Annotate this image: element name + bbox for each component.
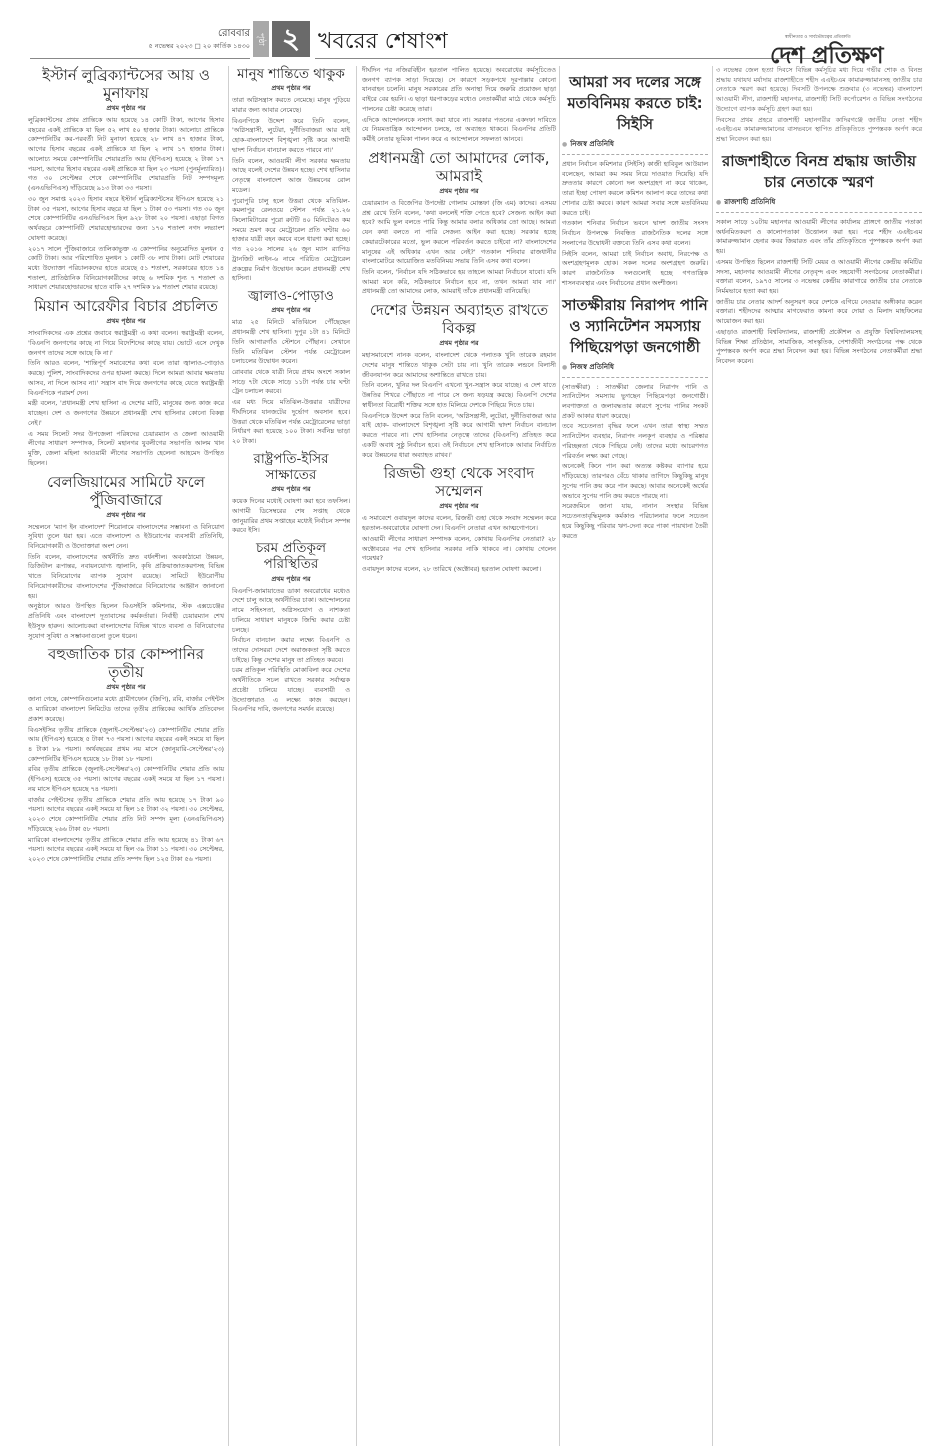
paragraph: মন্ত্রী বলেন, 'প্রধানমন্ত্রী শেখ হাসিনা … <box>28 399 224 428</box>
paragraph: চেয়ারম্যান ও বিজেপির উপদেষ্টা গোলাম মোস… <box>362 199 556 267</box>
story-pm-our-person[interactable]: দীর্ঘদিন পর নজিরবিহীন হরতাল পালিত হয়েছে… <box>362 66 556 297</box>
byline: রাজশাহী প্রতিনিধি <box>716 196 922 208</box>
continued-label: প্রথম পৃষ্ঠার পর <box>362 501 556 512</box>
article-body: মহাসমাবেশে নানক বলেন, বাংলাদেশ থেকে পলাত… <box>362 351 556 460</box>
paragraph: সকাল সাড়ে ১০টায় মহানগর আওয়ামী লীগের ক… <box>716 218 922 257</box>
paragraph: তিনি বলেন, খুনির দল বিএনপি এখনো খুন-সন্ত… <box>362 381 556 410</box>
paragraph: সরেজমিনে জানা যায়, নানান সংস্থার বিভিন্… <box>562 502 708 541</box>
article-body: বিএনপি-জামায়াতের ডাকা অবরোধের মধ্যেও দে… <box>232 587 350 716</box>
paragraph: ৩ নভেম্বর জেল হত্যা দিবসে বিভিন্ন কর্মসূ… <box>716 66 922 115</box>
article-body: ৩ নভেম্বর জেল হত্যা দিবসে বিভিন্ন কর্মসূ… <box>716 66 922 145</box>
article-body: কয়েক দিনের মধ্যেই ঘোষণা করা হবে তফসিল। … <box>232 497 350 536</box>
continued-label: প্রথম পৃষ্ঠার পর <box>232 83 350 94</box>
column-3: দীর্ঘদিন পর নজিরবিহীন হরতাল পালিত হয়েছে… <box>362 66 556 579</box>
headline[interactable]: বেলজিয়ামের সামিটে ফলে পুঁজিবাজারে <box>28 473 224 509</box>
paragraph: অনেকেই কিনে পান করা অত্যন্ত কষ্টকর ব্যাপ… <box>562 462 708 501</box>
paragraph: এ সময় সিলেট সদর উপজেলা পরিষদের চেয়ারম্… <box>28 430 224 469</box>
paragraph: বিএনপিকে উদ্দেশ করে তিনি বলেন, 'অগ্নিসন্… <box>232 117 350 156</box>
story-rizvi-press[interactable]: রিজভী গুহা থেকে সংবাদ সম্মেলন প্রথম পৃষ্… <box>362 464 556 574</box>
article-body: মাত্র ২৫ মিনিটে মতিঝিলে পৌঁছেছেন প্রধানম… <box>232 318 350 447</box>
paragraph: তবে সচেতনতা বৃদ্ধির ফলে এখন তারা স্বাস্থ… <box>562 422 708 461</box>
paragraph: দিবসের প্রথম প্রহরে রাজশাহী মহানগরীর কাদ… <box>716 116 922 145</box>
paragraph: তিনি বলেন, 'নির্বাচন যদি সঠিকভাবে হয় তা… <box>362 268 556 297</box>
article-body: জানা গেছে, কোম্পানিগুলোর মধ্যে গ্রামীণফো… <box>28 695 224 864</box>
paragraph: বিএনপিকে উদ্দেশ করে তিনি বলেন, 'অগ্নিসন্… <box>362 412 556 461</box>
story-rajshahi-four-leaders[interactable]: ৩ নভেম্বর জেল হত্যা দিবসে বিভিন্ন কর্মসূ… <box>716 66 922 367</box>
byline: নিজস্ব প্রতিনিধি <box>562 138 708 150</box>
paragraph: লুব্রিক্যান্টসের প্রথম প্রান্তিকে আয় হয… <box>28 116 224 194</box>
continued-label: প্রথম পৃষ্ঠার পর <box>362 186 556 197</box>
column-2: মানুষ শান্তিতে থাকুক প্রথম পৃষ্ঠার পর তা… <box>232 66 350 719</box>
paragraph: সিইসি বলেন, আমরা চাই নির্বাচন অবাধ, নিরপ… <box>562 250 708 289</box>
headline[interactable]: রাষ্ট্রপতি-ইসির সাক্ষাতের <box>232 451 350 483</box>
issue-date: ৫ নভেম্বর ২০২৩ □ ২০ কার্তিক ১৪৩০ <box>20 41 250 52</box>
story-cec-exchange[interactable]: আমরা সব দলের সঙ্গে মতবিনিময় করতে চাই: স… <box>562 72 708 289</box>
story-mian-arefi[interactable]: মিয়ান আরেফীর বিচার প্রচলিত প্রথম পৃষ্ঠা… <box>28 297 224 468</box>
paragraph: নির্বাচন বানচাল করার লক্ষ্যে বিএনপি ও তা… <box>232 636 350 665</box>
byline-divider <box>562 154 708 155</box>
headline[interactable]: চরম প্রতিকূল পরিস্থিতির <box>232 540 350 572</box>
continued-label: প্রথম পৃষ্ঠার পর <box>232 484 350 495</box>
byline-divider <box>716 212 922 213</box>
column-divider <box>228 66 229 1446</box>
header-divider-right <box>315 58 823 59</box>
paragraph: ৩০ জুন সমাপ্ত ২০২৩ হিসাব বছরে ইস্টার্ন ল… <box>28 195 224 244</box>
article-body: চেয়ারম্যান ও বিজেপির উপদেষ্টা গোলাম মোস… <box>362 199 556 297</box>
headline[interactable]: মানুষ শান্তিতে থাকুক <box>232 66 350 82</box>
byline: নিজস্ব প্রতিনিধি <box>562 361 708 373</box>
paragraph: ওবায়দুল কাদের বলেন, ২৮ তারিখে (অক্টোবর)… <box>362 565 556 575</box>
story-development-continue[interactable]: দেশের উন্নয়ন অব্যাহত রাখতে বিকল্প প্রথম… <box>362 301 556 460</box>
paragraph: এ সমাবেশে ওবায়দুল কাদের বলেন, রিজভী গুহ… <box>362 514 556 533</box>
paragraph: ২০১৭ সালে পুঁজিবাজারে তালিকাভুক্ত এ কোম্… <box>28 245 224 294</box>
headline[interactable]: ইস্টার্ন লুব্রিক্যান্টসের আয় ও মুনাফায় <box>28 66 224 102</box>
paragraph: দীর্ঘদিন পর নজিরবিহীন হরতাল পালিত হয়েছে… <box>362 66 556 115</box>
headline[interactable]: রিজভী গুহা থেকে সংবাদ সম্মেলন <box>362 464 556 500</box>
paragraph: আওয়ামী লীগের সাধারণ সম্পাদক বলেন, কোথায… <box>362 535 556 564</box>
column-1: ইস্টার্ন লুব্রিক্যান্টসের আয় ও মুনাফায়… <box>28 66 224 869</box>
paragraph: চরম প্রতিকূল পরিস্থিতি মোকাবিলা করে দেশে… <box>232 666 350 715</box>
story-eastern-lubricants[interactable]: ইস্টার্ন লুব্রিক্যান্টসের আয় ও মুনাফায়… <box>28 66 224 293</box>
article-body: সম্মেলনে 'ম্যাপ ইন বাংলাদেশ' শিরোনামে বা… <box>28 523 224 642</box>
byline-divider <box>562 377 708 378</box>
article-body: দীর্ঘদিন পর নজিরবিহীন হরতাল পালিত হয়েছে… <box>362 66 556 145</box>
continued-label: প্রথম পৃষ্ঠার পর <box>28 510 224 521</box>
paragraph: মহাসমাবেশে নানক বলেন, বাংলাদেশ থেকে পলাত… <box>362 351 556 380</box>
paragraph: তিনি আরও বলেন, 'শান্তিপূর্ণ সমাবেশের কথা… <box>28 359 224 398</box>
paragraph: জাতীয় চার নেতার আদর্শ অনুসরণ করে দেশকে … <box>716 298 922 327</box>
paragraph: তিনি বলেন, আওয়ামী লীগ সরকার ক্ষমতায় আছ… <box>232 157 350 196</box>
story-belgium-summit[interactable]: বেলজিয়ামের সামিটে ফলে পুঁজিবাজারে প্রথম… <box>28 473 224 642</box>
paragraph: সম্মেলনে 'ম্যাপ ইন বাংলাদেশ' শিরোনামে বা… <box>28 523 224 552</box>
paragraph: কয়েক দিনের মধ্যেই ঘোষণা করা হবে তফসিল। … <box>232 497 350 536</box>
article-body: তারা অগ্নিসন্ত্রাস করতে নেমেছে। মানুষ পু… <box>232 96 350 284</box>
masthead: রোববার ৫ নভেম্বর ২০২৩ □ ২০ কার্তিক ১৪৩০ … <box>0 0 945 62</box>
headline[interactable]: মিয়ান আরেফীর বিচার প্রচলিত <box>28 297 224 315</box>
paragraph: অনুষ্ঠানে আরও উপস্থিত ছিলেন বিএসইসি কমিশ… <box>28 602 224 641</box>
column-5: ৩ নভেম্বর জেল হত্যা দিবসে বিভিন্ন কর্মসূ… <box>716 66 922 371</box>
headline[interactable]: আমরা সব দলের সঙ্গে মতবিনিময় করতে চাই: স… <box>562 72 708 135</box>
story-four-multinational[interactable]: বহুজাতিক চার কোম্পানির তৃতীয় প্রথম পৃষ্… <box>28 645 224 864</box>
paragraph: জানা গেছে, কোম্পানিগুলোর মধ্যে গ্রামীণফো… <box>28 695 224 724</box>
article-body: লুব্রিক্যান্টসের প্রথম প্রান্তিকে আয় হয… <box>28 116 224 293</box>
paragraph: মাত্র ২৫ মিনিটে মতিঝিলে পৌঁছেছেন প্রধানম… <box>232 318 350 367</box>
article-body: (সাতক্ষীরা) : সাতক্ষীরা জেলার নিরাপদ পান… <box>562 383 708 542</box>
article-body: এ সমাবেশে ওবায়দুল কাদের বলেন, রিজভী গুহ… <box>362 514 556 574</box>
continued-label: প্রথম পৃষ্ঠার পর <box>28 682 224 693</box>
article-body: প্রধান নির্বাচন কমিশনার (সিইসি) কাজী হাব… <box>562 160 708 289</box>
column-4: আমরা সব দলের সঙ্গে মতবিনিময় করতে চাই: স… <box>562 66 708 545</box>
section-title: খবরের শেষাংশ <box>318 24 448 61</box>
paragraph: এসময় উপস্থিত ছিলেন রাজশাহী সিটি মেয়র ও… <box>716 258 922 297</box>
column-divider <box>712 66 713 1446</box>
paragraph: তারা অগ্নিসন্ত্রাস করতে নেমেছে। মানুষ পু… <box>232 96 350 115</box>
header-divider-left <box>30 58 250 59</box>
paragraph: রোববার থেকে যাত্রী নিয়ে প্রথম অংশে সকাল… <box>232 368 350 397</box>
paragraph: ম্যারিকো বাংলাদেশের তৃতীয় প্রান্তিকে শে… <box>28 836 224 865</box>
headline[interactable]: দেশের উন্নয়ন অব্যাহত রাখতে বিকল্প <box>362 301 556 337</box>
story-president-ec-meeting[interactable]: রাষ্ট্রপতি-ইসির সাক্ষাতের প্রথম পৃষ্ঠার … <box>232 451 350 536</box>
paragraph: এর মধ্য দিয়ে মতিঝিল-উত্তরার যাত্রীদের দ… <box>232 398 350 447</box>
column-divider <box>559 66 560 1446</box>
story-let-people-live-in-peace[interactable]: মানুষ শান্তিতে থাকুক প্রথম পৃষ্ঠার পর তা… <box>232 66 350 284</box>
headline[interactable]: বহুজাতিক চার কোম্পানির তৃতীয় <box>28 645 224 681</box>
headline[interactable]: সাতক্ষীরায় নিরাপদ পানি ও স্যানিটেশন সমস… <box>562 295 708 358</box>
headline[interactable]: রাজশাহীতে বিনম্র শ্রদ্ধায় জাতীয় চার নে… <box>716 151 922 193</box>
story-arson[interactable]: জ্বালাও-পোড়াও প্রথম পৃষ্ঠার পর মাত্র ২৫… <box>232 288 350 447</box>
paragraph: সাংবাদিকদের এক প্রশ্নের জবাবে স্বরাষ্ট্র… <box>28 329 224 358</box>
page-number: ২ <box>272 21 310 57</box>
article-body: সাংবাদিকদের এক প্রশ্নের জবাবে স্বরাষ্ট্র… <box>28 329 224 468</box>
continued-label: প্রথম পৃষ্ঠার পর <box>28 103 224 114</box>
continued-label: প্রথম পৃষ্ঠার পর <box>362 338 556 349</box>
paragraph: এদিকে আন্দোলনকে নস্যাৎ করা যাবে না। সরকা… <box>362 116 556 145</box>
story-satkhira-water[interactable]: সাতক্ষীরায় নিরাপদ পানি ও স্যানিটেশন সমস… <box>562 295 708 542</box>
paragraph: প্রধান নির্বাচন কমিশনার (সিইসি) কাজী হাব… <box>562 160 708 218</box>
paragraph: গতকাল শনিবার নির্বাচন ভবনে দ্বাদশ জাতীয়… <box>562 219 708 248</box>
paragraph: তিনি বলেন, বাংলাদেশের অর্থনীতি দ্রুত বর্… <box>28 553 224 602</box>
column-divider <box>356 66 357 1446</box>
paragraph: বার্জার পেইন্টসের তৃতীয় প্রান্তিকে শেয়… <box>28 796 224 835</box>
paragraph: পুরোপুরি চালু হলে উত্তরা থেকে মতিঝিল-কমল… <box>232 197 350 285</box>
page-word-label: পৃষ্ঠা <box>253 21 269 57</box>
paragraph: (সাতক্ষীরা) : সাতক্ষীরা জেলার নিরাপদ পান… <box>562 383 708 422</box>
headline[interactable]: জ্বালাও-পোড়াও <box>232 288 350 304</box>
continued-label: প্রথম পৃষ্ঠার পর <box>28 316 224 327</box>
paragraph: বিএনপি-জামায়াতের ডাকা অবরোধের মধ্যেও দে… <box>232 587 350 636</box>
continued-label: প্রথম পৃষ্ঠার পর <box>232 574 350 585</box>
headline[interactable]: প্রধানমন্ত্রী তো আমাদের লোক, আমরাই <box>362 149 556 185</box>
paragraph: এছাড়াও রাজশাহী বিশ্ববিদ্যালয়, রাজশাহী … <box>716 328 922 367</box>
paragraph: রবির তৃতীয় প্রান্তিকে (জুলাই-সেপ্টেম্বর… <box>28 765 224 794</box>
continued-label: প্রথম পৃষ্ঠার পর <box>232 305 350 316</box>
article-body: সকাল সাড়ে ১০টায় মহানগর আওয়ামী লীগের ক… <box>716 218 922 367</box>
story-extreme-adverse[interactable]: চরম প্রতিকূল পরিস্থিতির প্রথম পৃষ্ঠার পর… <box>232 540 350 715</box>
paragraph: বিএসইসির তৃতীয় প্রান্তিকে (জুলাই-সেপ্টে… <box>28 726 224 765</box>
